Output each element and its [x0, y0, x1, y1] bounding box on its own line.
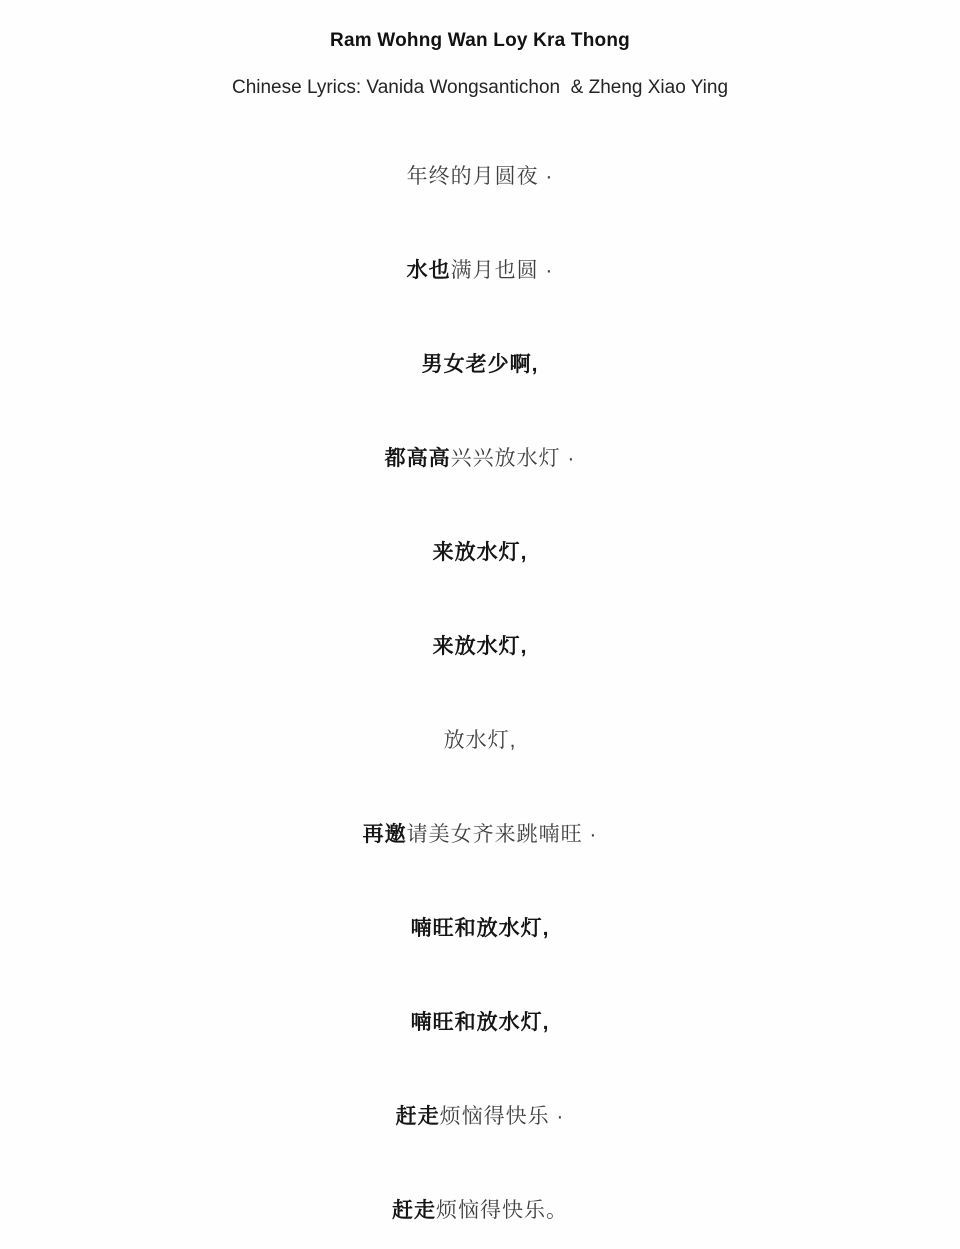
lyric-text-bold: 水也	[407, 259, 451, 282]
lyric-text: 放水灯,	[444, 729, 517, 752]
lyric-text: 满月也圆 ·	[451, 259, 554, 282]
lyric-text: 年终的月圆夜 ·	[407, 165, 554, 188]
lyric-line: 喃旺和放水灯,	[0, 916, 960, 942]
lyric-text-bold: 来放水灯,	[433, 635, 528, 658]
song-title: Ram Wohng Wan Loy Kra Thong	[0, 29, 960, 52]
lyric-text-bold: 喃旺和放水灯,	[411, 1011, 550, 1034]
lyric-text: 烦恼得快乐 ·	[440, 1105, 565, 1128]
lyric-line: 都高高兴兴放水灯 ·	[0, 446, 960, 472]
lyric-text: 兴兴放水灯 ·	[451, 447, 576, 470]
lyric-text: 烦恼得快乐。	[436, 1199, 568, 1222]
lyric-text-bold: 再邀	[363, 823, 407, 846]
lyric-text: 请美女齐来跳喃旺 ·	[407, 823, 598, 846]
lyric-text-bold: 男女老少啊,	[422, 353, 539, 376]
lyric-line: 来放水灯,	[0, 540, 960, 566]
lyrics-body: 年终的月圆夜 · 水也满月也圆 · 男女老少啊, 都高高兴兴放水灯 · 来放水灯…	[0, 164, 960, 1224]
lyric-line: 赶走烦恼得快乐。	[0, 1198, 960, 1224]
lyric-text-bold: 都高高	[385, 447, 451, 470]
lyric-line: 来放水灯,	[0, 634, 960, 660]
lyrics-credit: Chinese Lyrics: Vanida Wongsantichon & Z…	[0, 76, 960, 99]
lyric-text-bold: 来放水灯,	[433, 541, 528, 564]
lyric-line: 赶走烦恼得快乐 ·	[0, 1104, 960, 1130]
lyric-line: 喃旺和放水灯,	[0, 1010, 960, 1036]
lyrics-page: Ram Wohng Wan Loy Kra Thong Chinese Lyri…	[0, 0, 960, 1249]
lyric-line: 男女老少啊,	[0, 352, 960, 378]
lyric-line: 年终的月圆夜 ·	[0, 164, 960, 190]
lyric-text-bold: 喃旺和放水灯,	[411, 917, 550, 940]
lyric-line: 再邀请美女齐来跳喃旺 ·	[0, 822, 960, 848]
lyric-line: 放水灯,	[0, 728, 960, 754]
lyric-text-bold: 赶走	[396, 1105, 440, 1128]
lyric-line: 水也满月也圆 ·	[0, 258, 960, 284]
lyric-text-bold: 赶走	[392, 1199, 436, 1222]
